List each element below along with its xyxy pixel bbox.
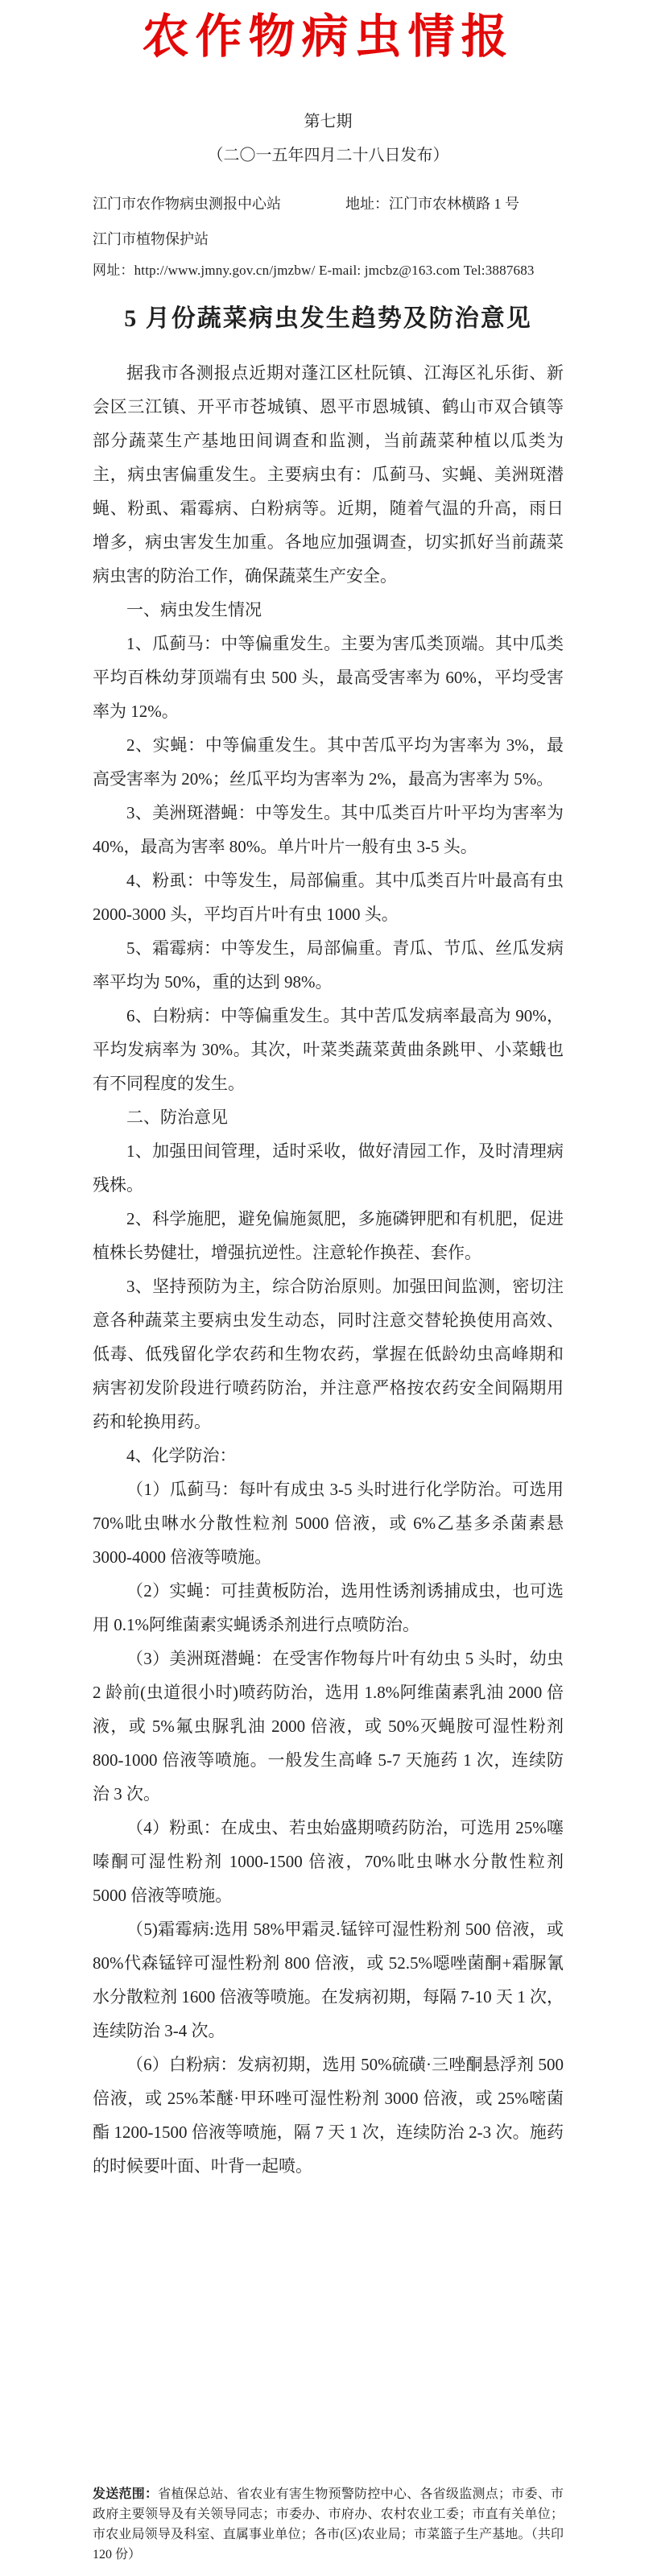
- publisher-info-block: 江门市农作物病虫测报中心站 地址：江门市农林横路 1 号 江门市植物保护站 网址…: [93, 185, 564, 280]
- body-paragraph: （2）实蝇：可挂黄板防治，选用性诱剂诱捕成虫，也可选用 0.1%阿维菌素实蝇诱杀…: [93, 1574, 564, 1642]
- publisher-address: 地址：江门市农林横路 1 号: [345, 193, 519, 213]
- distribution-text: 省植保总站、省农业有害生物预警防控中心、各省级监测点；市委、市政府主要领导及有关…: [93, 2487, 564, 2562]
- body-paragraph: 一、病虫发生情况: [93, 593, 564, 627]
- body-paragraph: （4）粉虱：在成虫、若虫始盛期喷药防治，可选用 25%噻嗪酮可湿性粉剂 1000…: [93, 1811, 564, 1912]
- body-paragraph: 4、化学防治：: [93, 1439, 564, 1472]
- body-paragraph: 1、瓜蓟马：中等偏重发生。主要为害瓜类顶端。其中瓜类平均百株幼芽顶端有虫 500…: [93, 627, 564, 728]
- body-paragraph: （6）白粉病：发病初期，选用 50%硫磺·三唑酮悬浮剂 500 倍液，或 25%…: [93, 2048, 564, 2183]
- issue-number: 第七期: [93, 111, 564, 132]
- body-paragraph: （5)霜霉病:选用 58%甲霜灵.锰锌可湿性粉剂 500 倍液，或 80%代森锰…: [93, 1912, 564, 2048]
- publisher-contact-line: 网址：http://www.jmny.gov.cn/jmzbw/ E-mail:…: [93, 256, 564, 280]
- body-paragraph: 4、粉虱：中等发生，局部偏重。其中瓜类百片叶最高有虫 2000-3000 头，平…: [93, 863, 564, 931]
- publisher-org-secondary: 江门市植物保护站: [93, 221, 564, 256]
- article-body: 据我市各测报点近期对蓬江区杜阮镇、江海区礼乐街、新会区三江镇、开平市苍城镇、恩平…: [93, 356, 564, 2183]
- distribution-label: 发送范围：: [93, 2487, 158, 2501]
- body-paragraph: 5、霜霉病：中等发生，局部偏重。青瓜、节瓜、丝瓜发病率平均为 50%，重的达到 …: [93, 931, 564, 999]
- body-paragraph: 二、防治意见: [93, 1100, 564, 1134]
- distribution-note: 发送范围：省植保总站、省农业有害生物预警防控中心、各省级监测点；市委、市政府主要…: [93, 2484, 564, 2565]
- body-paragraph: 据我市各测报点近期对蓬江区杜阮镇、江海区礼乐街、新会区三江镇、开平市苍城镇、恩平…: [93, 356, 564, 593]
- release-date-line: （二〇一五年四月二十八日发布）: [93, 145, 564, 166]
- bulletin-page: 农作物病虫情报 第七期 （二〇一五年四月二十八日发布） 江门市农作物病虫测报中心…: [0, 0, 657, 2576]
- body-paragraph: （3）美洲斑潜蝇：在受害作物每片叶有幼虫 5 头时，幼虫 2 龄前(虫道很小时)…: [93, 1642, 564, 1811]
- body-paragraph: 6、白粉病：中等偏重发生。其中苦瓜发病率最高为 90%，平均发病率为 30%。其…: [93, 999, 564, 1100]
- body-paragraph: 2、科学施肥，避免偏施氮肥，多施磷钾肥和有机肥，促进植株长势健壮，增强抗逆性。注…: [93, 1202, 564, 1269]
- publisher-row-primary: 江门市农作物病虫测报中心站 地址：江门市农林横路 1 号: [93, 185, 564, 221]
- publisher-org-primary: 江门市农作物病虫测报中心站: [93, 193, 281, 213]
- body-paragraph: 1、加强田间管理，适时采收，做好清园工作，及时清理病残株。: [93, 1134, 564, 1202]
- masthead-title: 农作物病虫情报: [93, 10, 564, 64]
- body-paragraph: （1）瓜蓟马：每叶有成虫 3-5 头时进行化学防治。可选用 70%吡虫啉水分散性…: [93, 1472, 564, 1574]
- article-title: 5 月份蔬菜病虫发生趋势及防治意见: [93, 303, 564, 335]
- body-paragraph: 3、坚持预防为主，综合防治原则。加强田间监测，密切注意各种蔬菜主要病虫发生动态，…: [93, 1269, 564, 1439]
- body-paragraph: 2、实蝇：中等偏重发生。其中苦瓜平均为害率为 3%，最高受害率为 20%；丝瓜平…: [93, 728, 564, 796]
- body-paragraph: 3、美洲斑潜蝇：中等发生。其中瓜类百片叶平均为害率为 40%，最高为害率 80%…: [93, 796, 564, 863]
